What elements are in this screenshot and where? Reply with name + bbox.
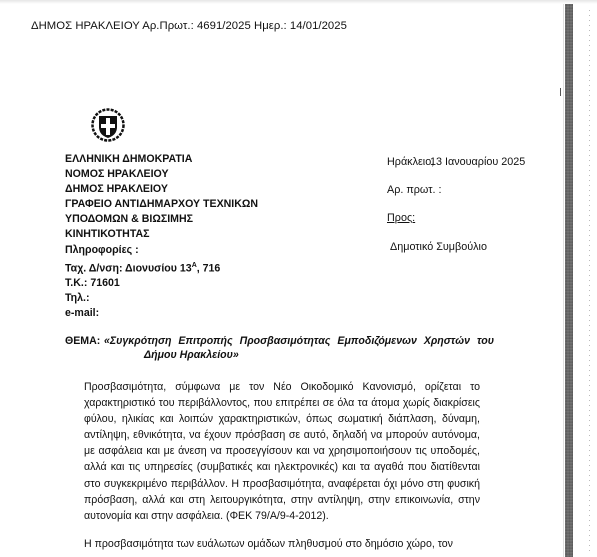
- recipient-label: Προς:: [387, 212, 415, 224]
- sender-info-label: Πληροφορίες :: [65, 243, 258, 258]
- body-paragraph: Η προσβασιμότητα των ευάλωτων ομάδων πλη…: [84, 536, 480, 552]
- sender-email: e-mail:: [65, 306, 258, 321]
- sender-block: ΕΛΛΗΝΙΚΗ ΔΗΜΟΚΡΑΤΙΑ ΝΟΜΟΣ ΗΡΑΚΛΕΙΟΥ ΔΗΜΟ…: [65, 152, 258, 322]
- date: 13 Ιανουαρίου 2025: [430, 156, 525, 168]
- page-top-edge: [0, 0, 597, 4]
- sender-phone: Τηλ.:: [65, 291, 258, 306]
- protocol-stamp: ΔΗΜΟΣ ΗΡΑΚΛΕΙΟΥ Αρ.Πρωτ.: 4691/2025 Ημερ…: [31, 20, 347, 32]
- sender-address: Ταχ. Δ/νση: Διονυσίου 13Α, 716: [65, 258, 258, 277]
- sender-office-line1: ΓΡΑΦΕΙΟ ΑΝΤΙΔΗΜΑΡΧΟΥ ΤΕΧΝΙΚΩΝ: [65, 197, 258, 212]
- sender-office-line2: ΥΠΟΔΟΜΩΝ & ΒΙΩΣΙΜΗΣ: [65, 212, 258, 227]
- recipient: Δημοτικό Συμβούλιο: [390, 241, 487, 253]
- greek-coat-of-arms-icon: [91, 108, 125, 142]
- protocol-number-label: Αρ. πρωτ. :: [387, 184, 441, 196]
- body-paragraph: Προσβασιμότητα, σύμφωνα με τον Νέο Οικοδ…: [84, 379, 480, 524]
- place: Ηράκλειο,: [387, 156, 434, 168]
- scan-mark: [560, 88, 561, 96]
- document-body: Προσβασιμότητα, σύμφωνα με τον Νέο Οικοδ…: [84, 379, 480, 557]
- sender-office-line3: ΚΙΝΗΤΙΚΟΤΗΤΑΣ: [65, 227, 258, 242]
- sender-municipality: ΔΗΜΟΣ ΗΡΑΚΛΕΙΟΥ: [65, 182, 258, 197]
- sender-postcode: Τ.Κ.: 71601: [65, 276, 258, 291]
- scan-dotted-line: [589, 10, 590, 555]
- subject-text-line2: Δήμου Ηρακλείου»: [144, 347, 239, 363]
- subject-label: ΘΕΜΑ:: [65, 333, 100, 349]
- sender-country: ΕΛΛΗΝΙΚΗ ΔΗΜΟΚΡΑΤΙΑ: [65, 152, 258, 167]
- sender-prefecture: ΝΟΜΟΣ ΗΡΑΚΛΕΙΟΥ: [65, 167, 258, 182]
- scan-edge-artifact: [565, 4, 573, 557]
